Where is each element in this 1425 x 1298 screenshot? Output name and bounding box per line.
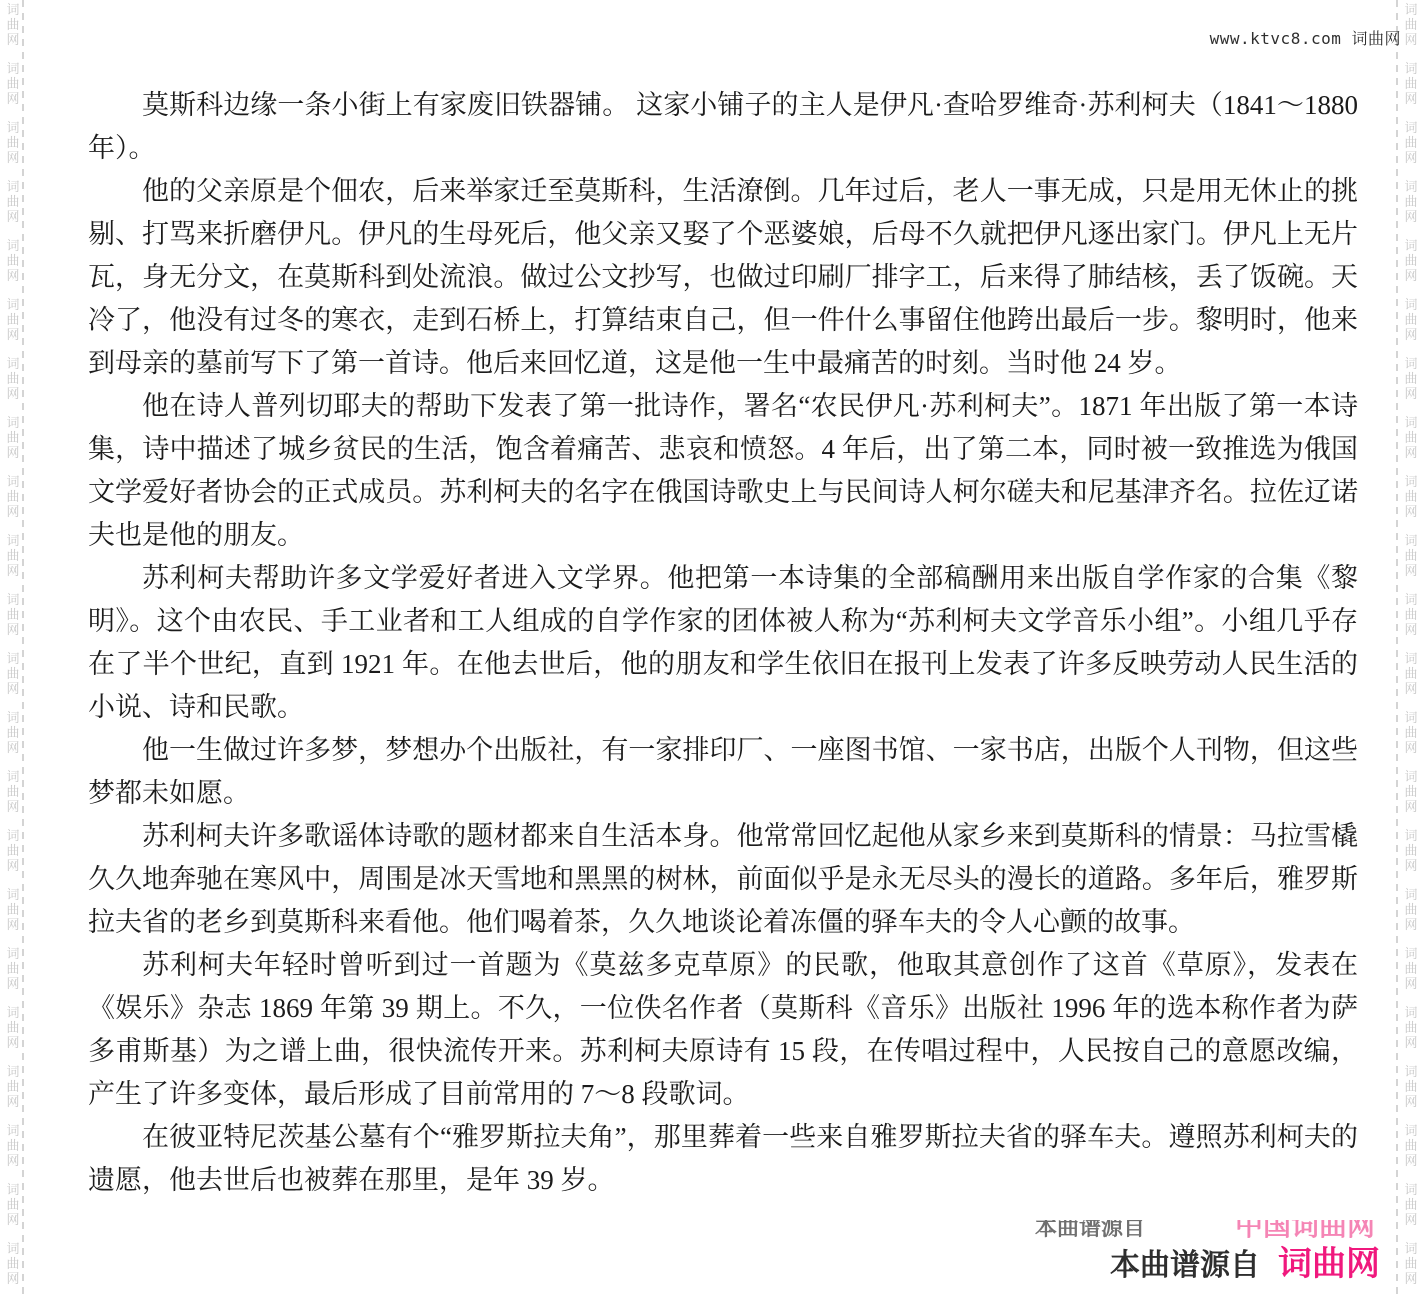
watermark-group: 词曲网 xyxy=(1399,297,1423,342)
source-watermark-brand: 词曲网 xyxy=(1278,1245,1380,1283)
watermark-group: 词曲网 xyxy=(1399,651,1423,696)
watermark-group: 词曲网 xyxy=(1399,61,1423,106)
right-watermark-column: 词曲网词曲网词曲网词曲网词曲网词曲网词曲网词曲网词曲网词曲网词曲网词曲网词曲网词… xyxy=(1399,0,1423,1298)
left-dashed-divider xyxy=(22,0,24,1298)
watermark-group: 词曲网 xyxy=(1399,533,1423,578)
paragraph-burial: 在彼亚特尼茨基公墓有个“雅罗斯拉夫角”，那里葬着一些来自雅罗斯拉夫省的驿车夫。遵… xyxy=(88,1116,1358,1202)
watermark-group: 词曲网 xyxy=(1399,1123,1423,1168)
site-url-watermark: www.ktvc8.com 词曲网 xyxy=(1210,26,1401,49)
paragraph-literary-group: 苏利柯夫帮助许多文学爱好者进入文学界。他把第一本诗集的全部稿酬用来出版自学作家的… xyxy=(88,557,1358,729)
right-dashed-divider xyxy=(1396,0,1398,1298)
watermark-group: 词曲网 xyxy=(1399,1064,1423,1109)
source-watermark: 本曲谱源自词曲网 xyxy=(1110,1236,1380,1285)
paragraph-intro: 莫斯科边缘一条小街上有家废旧铁器铺。 这家小铺子的主人是伊凡·查哈罗维奇·苏利柯… xyxy=(88,84,1358,170)
paragraph-dreams: 他一生做过许多梦，梦想办个出版社，有一家排印厂、一座图书馆、一家书店，出版个人刊… xyxy=(88,729,1358,815)
paragraph-steppe-song: 苏利柯夫年轻时曾听到过一首题为《莫兹多克草原》的民歌，他取其意创作了这首《草原》… xyxy=(88,944,1358,1116)
paragraph-ballads: 苏利柯夫许多歌谣体诗歌的题材都来自生活本身。他常常回忆起他从家乡来到莫斯科的情景… xyxy=(88,815,1358,944)
watermark-group: 词曲网 xyxy=(1399,592,1423,637)
watermark-group: 词曲网 xyxy=(1399,179,1423,224)
watermark-group: 词曲网 xyxy=(1399,769,1423,814)
watermark-group: 词曲网 xyxy=(1399,887,1423,932)
watermark-group: 词曲网 xyxy=(1399,828,1423,873)
watermark-group: 词曲网 xyxy=(1399,415,1423,460)
watermark-group: 词曲网 xyxy=(1399,238,1423,283)
watermark-group: 词曲网 xyxy=(1399,1241,1423,1286)
source-watermark-text: 本曲谱源自 xyxy=(1110,1249,1260,1282)
watermark-group: 词曲网 xyxy=(1399,120,1423,165)
paragraph-first-poems: 他在诗人普列切耶夫的帮助下发表了第一批诗作，署名“农民伊凡·苏利柯夫”。1871… xyxy=(88,385,1358,557)
watermark-group: 词曲网 xyxy=(1399,710,1423,755)
watermark-group: 词曲网 xyxy=(1399,946,1423,991)
watermark-group: 词曲网 xyxy=(1399,2,1423,47)
watermark-group: 词曲网 xyxy=(1399,1005,1423,1050)
watermark-group: 词曲网 xyxy=(1399,356,1423,401)
paragraph-childhood: 他的父亲原是个佃农，后来举家迁至莫斯科，生活潦倒。几年过后，老人一事无成，只是用… xyxy=(88,170,1358,385)
watermark-group: 词曲网 xyxy=(1399,1182,1423,1227)
article-body: 莫斯科边缘一条小街上有家废旧铁器铺。 这家小铺子的主人是伊凡·查哈罗维奇·苏利柯… xyxy=(88,84,1358,1202)
watermark-group: 词曲网 xyxy=(1399,474,1423,519)
